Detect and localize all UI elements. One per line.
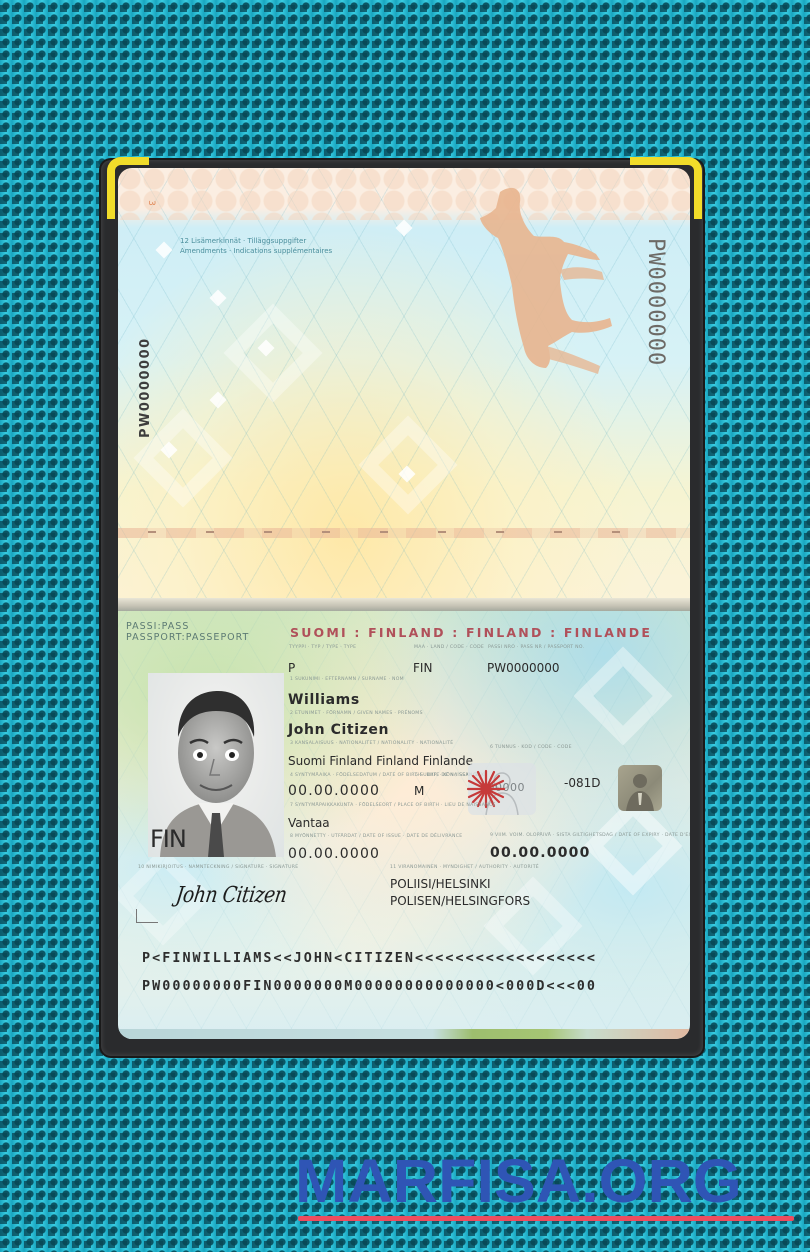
holder-photo: FIN (148, 673, 284, 857)
type-label: TYYPPI · TYP / TYPE · TYPE (289, 645, 356, 651)
watermark-logo: MARFISA.ORG (295, 1146, 742, 1216)
nationality-label: 3 KANSALAISUUS · NATIONALITET / NATIONAL… (290, 741, 453, 747)
personal-data-page: PASSI:PASS PASSPORT:PASSEPORT SUOMI : FI… (118, 611, 690, 1039)
given-names-value: John Citizen (288, 722, 389, 738)
authority-line2: POLISEN/HELSINGFORS (390, 894, 530, 908)
page-gutter (118, 598, 690, 612)
passport-no-label: PASSI NRO · PASS NR / PASSPORT NO. (488, 645, 584, 651)
printed-passport-number: PW0000000 (138, 337, 153, 438)
code-label: MAA · LAND / CODE · CODE (414, 645, 484, 651)
date-of-expiry-value: 00.00.0000 (490, 845, 591, 861)
date-of-issue-value: 00.00.0000 (288, 846, 380, 862)
code-value: FIN (413, 661, 432, 675)
personal-code-label: 6 TUNNUS · KOD / CODE · CODE (490, 745, 572, 751)
authority-label: 11 VIRANOMAINEN · MYNDIGHET / AUTHORITY … (390, 865, 539, 871)
amendments-heading: 12 Lisämerkinnät · Tilläggsuppgifter Ame… (180, 236, 332, 256)
date-of-birth-value: 00.00.0000 (288, 783, 380, 799)
personal-code-value: -081D (564, 776, 600, 790)
authority-line1: POLIISI/HELSINKI (390, 877, 490, 891)
mrz-line-2: PW00000000FIN0000000M00000000000000<000D… (142, 979, 597, 994)
place-of-birth-value: Vantaa (288, 816, 330, 830)
nationality-value: Suomi Finland Finland Finlande (288, 754, 473, 768)
page-seam (118, 528, 690, 538)
hologram-photo-icon (618, 765, 662, 811)
sex-value: M (414, 784, 424, 798)
page-number: 3 (146, 200, 156, 206)
watermark-underline (298, 1216, 794, 1221)
country-header: SUOMI : FINLAND : FINLAND : FINLANDE (290, 625, 652, 640)
date-of-issue-label: 8 MYÖNNETTY · UTFÄRDAT / DATE OF ISSUE ·… (290, 834, 462, 840)
type-value: P (288, 661, 295, 675)
passport-no-value: PW0000000 (487, 661, 560, 675)
surname-value: Williams (288, 692, 360, 708)
signature-label: 10 NIMIKIRJOITUS · NAMNTECKNING / SIGNAT… (138, 865, 298, 871)
photo-stamp: FIN (150, 825, 186, 853)
perforated-passport-number: PW0000000 (643, 238, 668, 366)
moose-icon (460, 182, 630, 382)
given-names-label: 2 ETUNIMET · FÖRNAMN / GIVEN NAMES · PRÉ… (290, 711, 423, 717)
document-type-label: PASSI:PASS PASSPORT:PASSEPORT (126, 621, 249, 643)
amendments-page: 3 12 Lisämerkinnät · Tilläggsuppgifter A… (118, 168, 690, 600)
surname-label: 1 SUKUNIMI · EFTERNAMN / SURNAME · NOM (290, 677, 404, 683)
date-of-expiry-label: 9 VIIM. VOIM. OLOPÄIVÄ · SISTA GILTIGHET… (490, 833, 690, 839)
mrz-line-1: P<FINWILLIAMS<<JOHN<CITIZEN<<<<<<<<<<<<<… (142, 951, 597, 966)
signature-frame-corner (136, 909, 158, 923)
holder-signature: John Citizen (174, 883, 288, 908)
place-of-birth-label: 7 SYNTYMÄPAIKKAKUNTA · FÖDELSEORT / PLAC… (290, 803, 496, 809)
